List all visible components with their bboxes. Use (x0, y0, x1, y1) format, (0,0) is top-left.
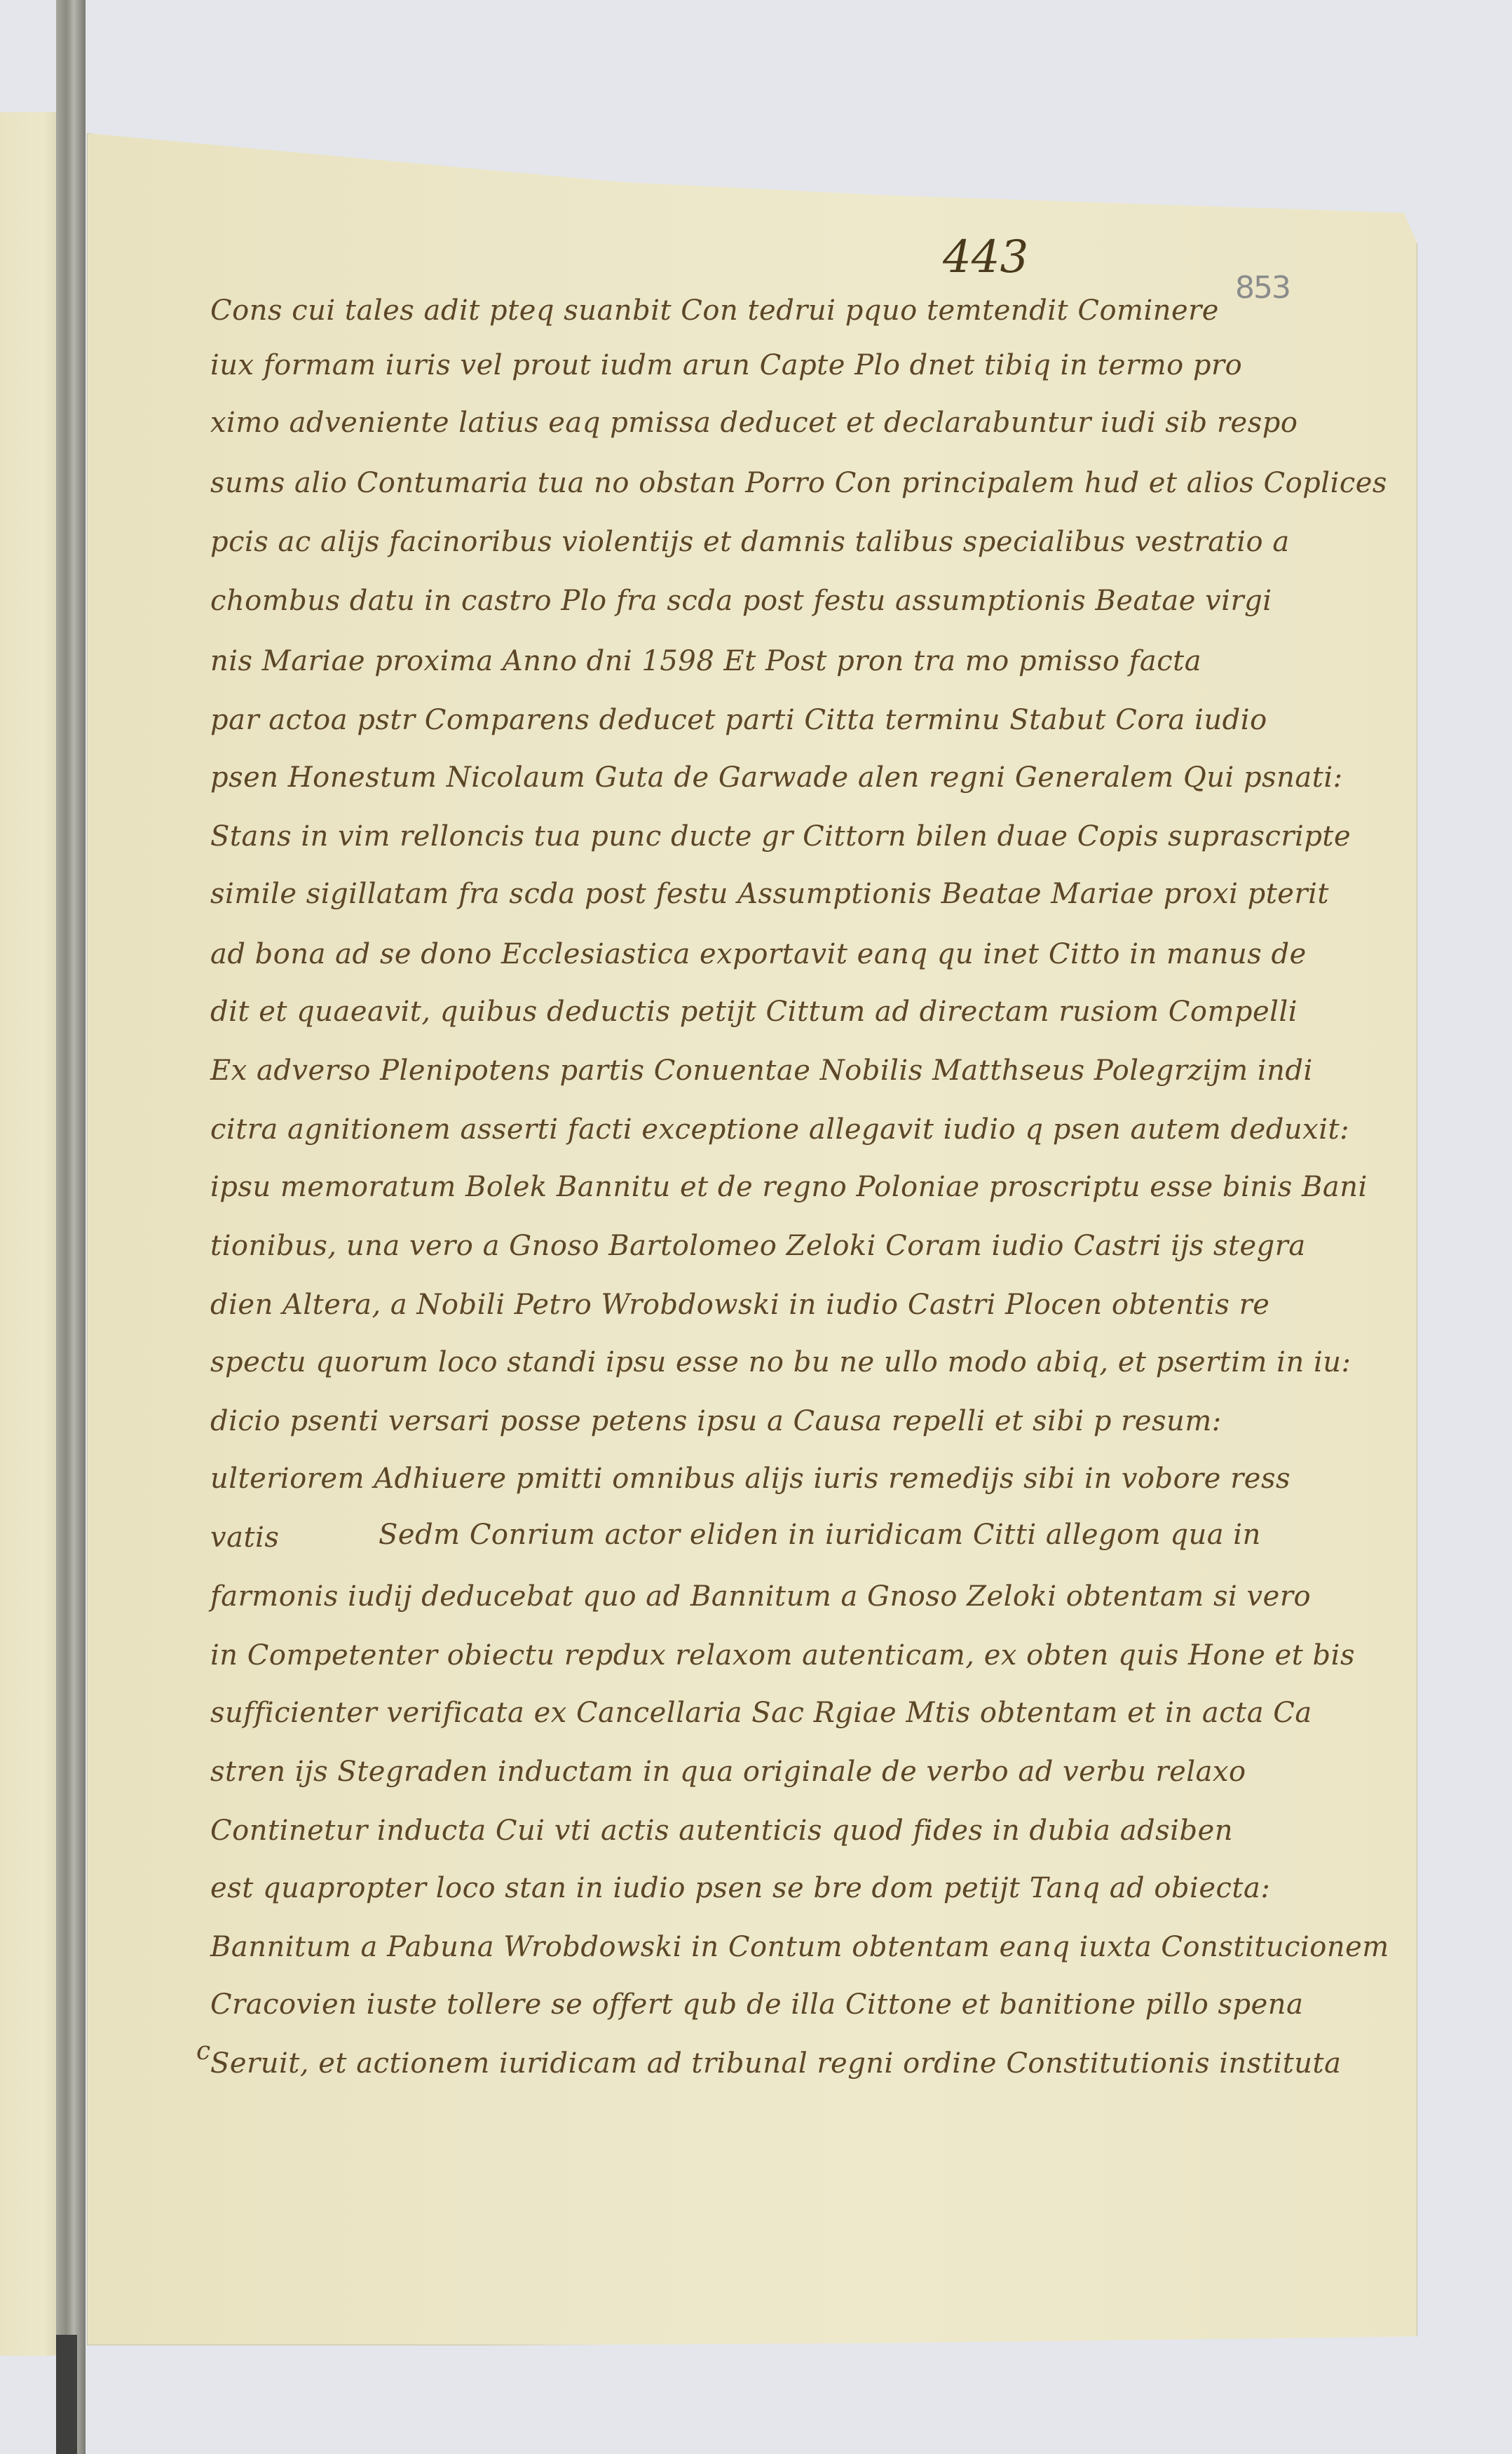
folio-number: 443 (943, 231, 1028, 283)
text-line: nis Mariae proxima Anno dni 1598 Et Post… (210, 645, 1201, 677)
text-line: Ex adverso Plenipotens partis Conuentae … (210, 1055, 1313, 1087)
text-line: tionibus, una vero a Gnoso Bartolomeo Ze… (210, 1230, 1306, 1262)
text-line: stren ijs Stegraden inductam in qua orig… (210, 1756, 1246, 1788)
text-line: ximo adveniente latius eaq pmissa deduce… (210, 407, 1298, 439)
text-line: pcis ac alijs facinoribus violentijs et … (210, 526, 1290, 558)
previous-page-edge (0, 112, 63, 2356)
text-line: in Competenter obiectu repdux relaxom au… (210, 1639, 1355, 1672)
text-line: iux formam iuris vel prout iudm arun Cap… (210, 349, 1242, 381)
text-line: dien Altera, a Nobili Petro Wrobdowski i… (210, 1289, 1269, 1321)
text-line: chombus datu in castro Plo fra scda post… (210, 585, 1272, 617)
text-line: ulteriorem Adhiuere pmitti omnibus alijs… (210, 1463, 1290, 1495)
text-line: Sedm Conrium actor eliden in iuridicam C… (379, 1519, 1261, 1551)
text-line: ad bona ad se dono Ecclesiastica exporta… (210, 938, 1307, 970)
text-line: sums alio Contumaria tua no obstan Porro… (210, 467, 1387, 499)
text-line: Seruit, et actionem iuridicam ad tribuna… (210, 2047, 1341, 2080)
text-line: Cracovien iuste tollere se offert qub de… (210, 1988, 1303, 2021)
archive-pencil-number: 853 (1235, 270, 1290, 306)
stray-ink-mark: c (196, 2037, 210, 2066)
text-line: ipsu memoratum Bolek Bannitu et de regno… (210, 1171, 1368, 1203)
text-line: vatis (210, 1521, 279, 1554)
text-line: dicio psenti versari posse petens ipsu a… (210, 1405, 1222, 1437)
book-spine-binding (56, 0, 86, 2454)
text-line: psen Honestum Nicolaum Guta de Garwade a… (210, 761, 1343, 794)
text-line: par actoa pstr Comparens deducet parti C… (210, 704, 1267, 736)
text-line: citra agnitionem asserti facti exception… (210, 1113, 1349, 1146)
text-line: simile sigillatam fra scda post festu As… (210, 878, 1329, 910)
text-line: Continetur inducta Cui vti actis autenti… (210, 1815, 1233, 1847)
text-line: Bannitum a Pabuna Wrobdowski in Contum o… (210, 1931, 1389, 1963)
text-line: spectu quorum loco standi ipsu esse no b… (210, 1346, 1351, 1378)
text-line: sufficienter verificata ex Cancellaria S… (210, 1697, 1312, 1729)
text-line: Stans in vim relloncis tua punc ducte gr… (210, 820, 1351, 853)
text-line: Cons cui tales adit pteq suanbit Con ted… (210, 294, 1219, 327)
text-line: est quapropter loco stan in iudio psen s… (210, 1872, 1270, 1904)
text-line: dit et quaeavit, quibus deductis petijt … (210, 996, 1298, 1028)
text-line: farmonis iudij deducebat quo ad Bannitum… (210, 1580, 1311, 1613)
binding-shadow (56, 2335, 77, 2454)
